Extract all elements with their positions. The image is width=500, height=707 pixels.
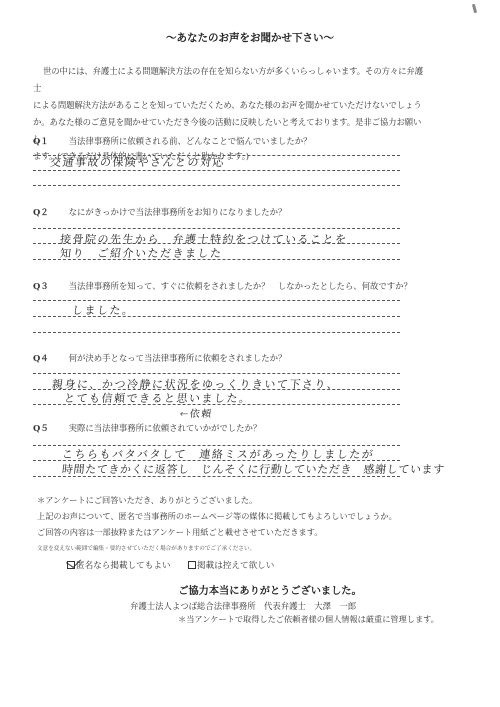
thanks-note: ＊アンケートにご回答いただき、ありがとうございました。 <box>37 495 257 506</box>
checkbox-icon[interactable] <box>67 561 75 569</box>
answer-line <box>33 316 400 317</box>
question-number: Q１ <box>33 135 66 147</box>
answer-line <box>33 170 400 171</box>
closing-thanks: ご協力本当にありがとうございました。 <box>0 582 500 597</box>
survey-page: ～あなたのお声をお聞かせ下さい～ 世の中には、弁護士による問題解決方法の存在を知… <box>0 0 500 707</box>
firm-signature: 弁護士法人よつば総合法律事務所 代表弁護士 大澤 一郎 <box>130 600 356 612</box>
scan-mark <box>472 4 477 13</box>
answer-line <box>33 243 400 244</box>
answer-line <box>33 373 400 374</box>
answer-line <box>33 404 400 405</box>
answer-line <box>33 476 400 477</box>
question-2: Q２ なにがきっかけで当法律事務所をお知りになりましたか？ <box>33 206 286 218</box>
intro-paragraph: 世の中には、弁護士による問題解決方法の存在を知らない方が多くいらっしゃいます。そ… <box>33 63 423 165</box>
question-3: Q３ 当法律事務所を知って、すぐに依頼をされましたか？ しなかったとしたら、何故… <box>33 280 412 292</box>
question-text: 何が決め手となって当法律事務所に依頼をされましたか？ <box>69 353 287 363</box>
question-number: Q５ <box>33 422 66 434</box>
permission-note: 上記のお声について、匿名で当事務所のホームページ等の媒体に掲載してもよろしいでし… <box>37 511 397 522</box>
content-note: ご回答の内容は一部抜粋またはアンケート用紙ごと載せさせていただきます。 <box>37 527 322 538</box>
question-5: Q５ 実際に当法律事務所に依頼されていかがでしたか？ <box>33 422 261 434</box>
checkbox-icon[interactable] <box>188 561 196 569</box>
answer-line <box>33 332 400 333</box>
option-anonymous-ok[interactable]: 匿名なら掲載してもよい <box>67 559 171 571</box>
answer-line <box>33 228 400 229</box>
privacy-note: ＊当アンケートで取得したご依頼者様の個人情報は厳重に管理します。 <box>178 614 439 625</box>
intro-line: による問題解決方法があることを知っていただくため、あなた様のお声を聞かせていただ… <box>33 97 423 114</box>
answer-line <box>33 259 400 260</box>
answer-4-annotation: ←依頼 <box>179 405 213 420</box>
question-text: 当法律事務所を知って、すぐに依頼をされましたか？ しなかったとしたら、何故ですか… <box>69 281 412 291</box>
editing-note: 文意を変えない範囲で編集・要約させていただく場合がありますのでご了承ください。 <box>37 544 255 552</box>
option-label: 掲載は控えて欲しい <box>197 559 274 571</box>
question-4: Q４ 何が決め手となって当法律事務所に依頼をされましたか？ <box>33 352 286 364</box>
question-text: なにがきっかけで当法律事務所をお知りになりましたか？ <box>69 207 287 217</box>
question-1: Q１ 当法律事務所に依頼される前、どんなことで悩んでいましたか？ <box>33 135 312 147</box>
question-text: 当法律事務所に依頼される前、どんなことで悩んでいましたか？ <box>69 136 312 146</box>
option-decline-publish[interactable]: 掲載は控えて欲しい <box>188 559 274 571</box>
answer-line <box>33 185 400 186</box>
answer-1-line-1: 交通事故の保険やさんとの対応 <box>49 154 226 170</box>
answer-5-line-2: 時間たてきかくに返答し じんそくに行動していただき 感謝しています <box>61 461 445 477</box>
question-number: Q２ <box>33 206 66 218</box>
question-number: Q３ <box>33 280 66 292</box>
question-number: Q４ <box>33 352 66 364</box>
option-label: 匿名なら掲載してもよい <box>76 559 171 571</box>
intro-line: 世の中には、弁護士による問題解決方法の存在を知らない方が多くいらっしゃいます。そ… <box>33 63 423 97</box>
answer-line <box>33 300 400 301</box>
survey-title: ～あなたのお声をお聞かせ下さい～ <box>0 30 500 45</box>
question-text: 実際に当法律事務所に依頼されていかがでしたか？ <box>69 423 262 433</box>
